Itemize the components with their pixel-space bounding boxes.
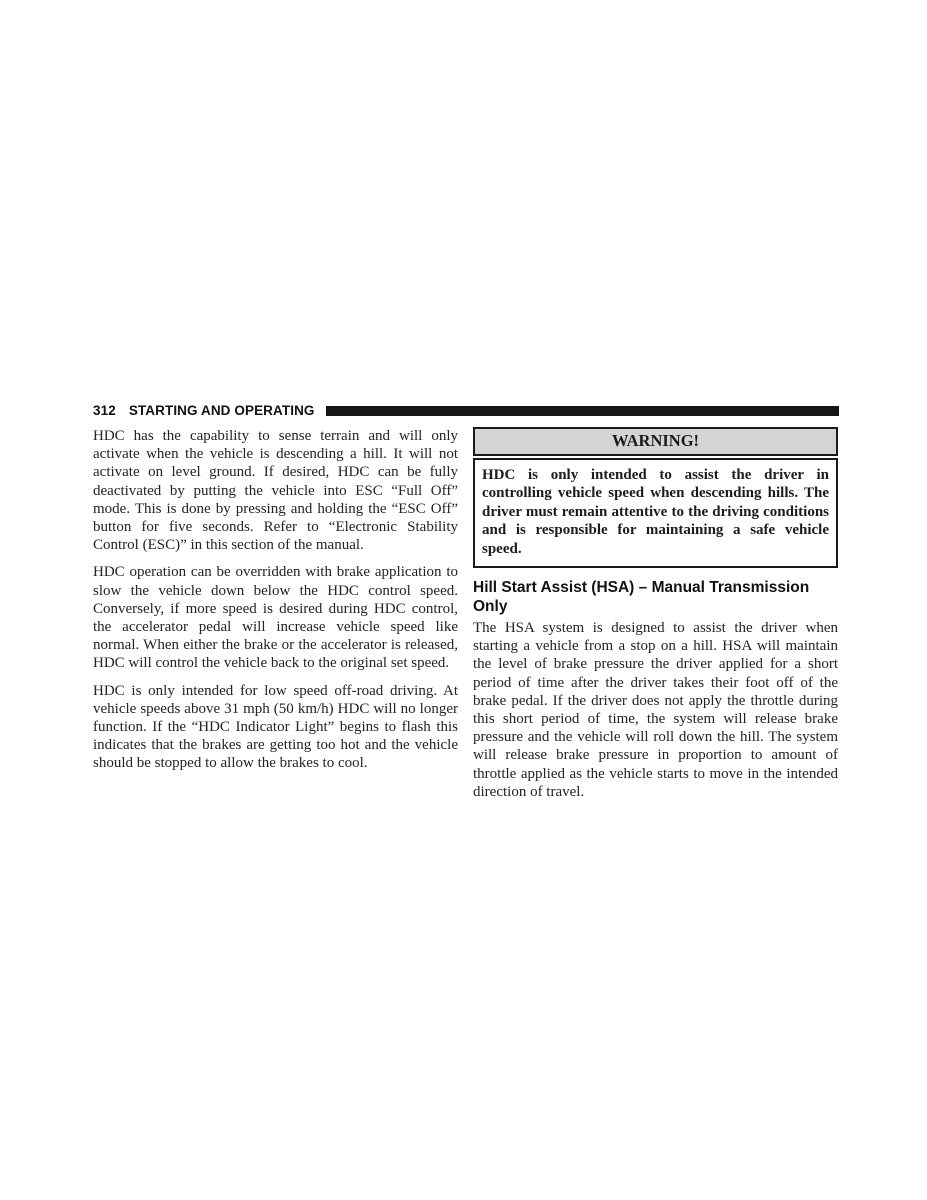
- warning-box: WARNING! HDC is only intended to assist …: [473, 427, 838, 568]
- manual-page: 312 STARTING AND OPERATING HDC has the c…: [93, 402, 839, 810]
- header-rule-bar: [326, 406, 839, 416]
- hsa-section-heading: Hill Start Assist (HSA) – Manual Transmi…: [473, 579, 838, 616]
- warning-box-title: WARNING!: [473, 427, 838, 456]
- warning-box-body: HDC is only intended to assist the drive…: [473, 458, 838, 568]
- section-title: STARTING AND OPERATING: [129, 403, 315, 418]
- right-column: WARNING! HDC is only intended to assist …: [473, 427, 838, 810]
- page-number: 312: [93, 403, 116, 418]
- paragraph-hsa-description: The HSA system is designed to assist the…: [473, 619, 838, 801]
- two-column-layout: HDC has the capability to sense terrain …: [93, 427, 839, 810]
- page-header: 312 STARTING AND OPERATING: [93, 402, 839, 418]
- left-column: HDC has the capability to sense terrain …: [93, 427, 458, 810]
- paragraph-hdc-terrain: HDC has the capability to sense terrain …: [93, 427, 458, 554]
- paragraph-hdc-low-speed: HDC is only intended for low speed off-r…: [93, 682, 458, 773]
- paragraph-hdc-override: HDC operation can be overridden with bra…: [93, 563, 458, 672]
